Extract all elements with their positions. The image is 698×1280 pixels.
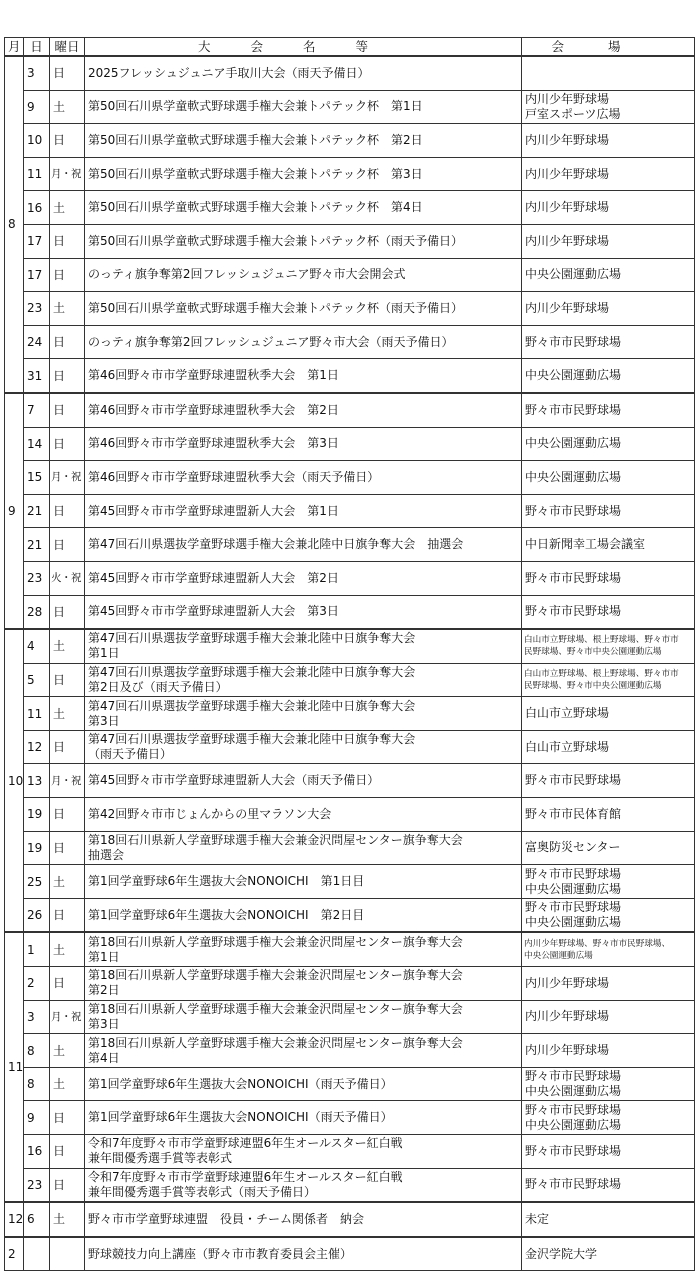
venue-cell: 未定 — [522, 1202, 695, 1237]
day-cell: 11 — [24, 697, 50, 731]
month-cell: 11 — [5, 932, 24, 1202]
table-row: 11土第47回石川県選抜学童野球選手権大会兼北陸中日旗争奪大会第3日白山市立野球… — [5, 697, 695, 731]
venue-cell: 白山市立野球場 — [522, 730, 695, 764]
day-cell: 3 — [24, 56, 50, 90]
column-header-event-name: 大会名等 — [85, 38, 522, 57]
weekday-cell: 日 — [50, 595, 85, 629]
event-name-line: 第47回石川県選抜学童野球選手権大会兼北陸中日旗争奪大会 — [88, 631, 518, 646]
event-name-line: 第50回石川県学童軟式野球選手権大会兼トパテック杯 第1日 — [88, 99, 518, 114]
event-name-cell: 第18回石川県新人学童野球選手権大会兼金沢問屋センター旗争奪大会第2日 — [85, 967, 522, 1001]
day-cell: 9 — [24, 90, 50, 124]
event-name-line: 第1回学童野球6年生選抜大会NONOICHI 第2日目 — [88, 908, 518, 923]
event-name-line: 第2日及び（雨天予備日） — [88, 680, 518, 695]
event-name-cell: 2025フレッシュジュニア手取川大会（雨天予備日） — [85, 56, 522, 90]
venue-cell: 中央公園運動広場 — [522, 359, 695, 393]
table-row: 83日2025フレッシュジュニア手取川大会（雨天予備日） — [5, 56, 695, 90]
event-name-cell: 第47回石川県選抜学童野球選手権大会兼北陸中日旗争奪大会第3日 — [85, 697, 522, 731]
event-name-cell: 野球競技力向上講座（野々市市教育委員会主催） — [85, 1237, 522, 1271]
event-name-line: 第1日 — [88, 950, 518, 965]
day-cell: 26 — [24, 898, 50, 932]
event-name-cell: 第50回石川県学童軟式野球選手権大会兼トパテック杯 第2日 — [85, 124, 522, 158]
event-name-line: 第4日 — [88, 1051, 518, 1066]
day-cell: 23 — [24, 1168, 50, 1202]
event-name-line: 第50回石川県学童軟式野球選手権大会兼トパテック杯（雨天予備日） — [88, 234, 518, 249]
event-name-line: 第2日 — [88, 983, 518, 998]
venue-cell: 中央公園運動広場 — [522, 427, 695, 461]
venue-line: 野々市市民野球場 — [525, 1103, 691, 1118]
venue-line: 内川少年野球場 — [525, 301, 691, 316]
table-row: 104土第47回石川県選抜学童野球選手権大会兼北陸中日旗争奪大会第1日白山市立野… — [5, 629, 695, 663]
day-cell: 16 — [24, 1135, 50, 1169]
table-row: 26日第1回学童野球6年生選抜大会NONOICHI 第2日目野々市市民野球場中央… — [5, 898, 695, 932]
venue-line: 中央公園運動広場 — [525, 915, 691, 930]
venue-line: 野々市市民野球場 — [525, 1069, 691, 1084]
event-name-line: 第1回学童野球6年生選抜大会NONOICHI（雨天予備日） — [88, 1110, 518, 1125]
table-row: 2野球競技力向上講座（野々市市教育委員会主催）金沢学院大学 — [5, 1237, 695, 1271]
table-row: 31日第46回野々市市学童野球連盟秋季大会 第1日中央公園運動広場 — [5, 359, 695, 393]
event-name-line: 令和7年度野々市市学童野球連盟6年生オールスター紅白戦 — [88, 1136, 518, 1151]
event-name-cell: 第1回学童野球6年生選抜大会NONOICHI 第2日目 — [85, 898, 522, 932]
event-name-line: 第1回学童野球6年生選抜大会NONOICHI（雨天予備日） — [88, 1077, 518, 1092]
day-cell: 17 — [24, 258, 50, 292]
schedule-body: 83日2025フレッシュジュニア手取川大会（雨天予備日）9土第50回石川県学童軟… — [5, 56, 695, 1271]
day-cell: 17 — [24, 224, 50, 258]
venue-cell: 内川少年野球場 — [522, 1034, 695, 1068]
month-cell: 10 — [5, 629, 24, 932]
venue-line: 金沢学院大学 — [525, 1247, 691, 1262]
day-cell: 8 — [24, 1067, 50, 1101]
day-cell: 21 — [24, 494, 50, 528]
venue-line: 中央公園運動広場 — [525, 1084, 691, 1099]
weekday-cell: 日 — [50, 258, 85, 292]
weekday-cell: 日 — [50, 798, 85, 832]
weekday-cell: 土 — [50, 191, 85, 225]
venue-line: 中央公園運動広場 — [525, 1118, 691, 1133]
column-header-weekday: 曜日 — [50, 38, 85, 57]
event-name-line: 第3日 — [88, 1017, 518, 1032]
venue-line: 野々市市民野球場 — [525, 604, 691, 619]
venue-cell: 内川少年野球場、野々市市民野球場、中央公園運動広場 — [522, 932, 695, 966]
venue-line: 内川少年野球場 — [525, 133, 691, 148]
day-cell: 31 — [24, 359, 50, 393]
column-header-day: 日 — [24, 38, 50, 57]
day-cell: 21 — [24, 528, 50, 562]
day-cell: 25 — [24, 865, 50, 899]
day-cell: 9 — [24, 1101, 50, 1135]
weekday-cell: 日 — [50, 528, 85, 562]
table-row: 23土第50回石川県学童軟式野球選手権大会兼トパテック杯（雨天予備日）内川少年野… — [5, 292, 695, 326]
event-name-line: 第50回石川県学童軟式野球選手権大会兼トパテック杯 第2日 — [88, 133, 518, 148]
weekday-cell: 日 — [50, 325, 85, 359]
venue-line: 中央公園運動広場 — [525, 436, 691, 451]
weekday-cell: 日 — [50, 224, 85, 258]
weekday-cell: 日 — [50, 494, 85, 528]
table-row: 24日のっティ旗争奪第2回フレッシュジュニア野々市大会（雨天予備日）野々市市民野… — [5, 325, 695, 359]
event-name-line: 第1日 — [88, 646, 518, 661]
table-row: 15月・祝第46回野々市市学童野球連盟秋季大会（雨天予備日）中央公園運動広場 — [5, 461, 695, 495]
event-name-cell: 第50回石川県学童軟式野球選手権大会兼トパテック杯 第3日 — [85, 157, 522, 191]
weekday-cell: 日 — [50, 898, 85, 932]
venue-cell: 白山市立野球場、根上野球場、野々市市民野球場、野々市中央公園運動広場 — [522, 663, 695, 697]
event-name-cell: 野々市市学童野球連盟 役員・チーム関係者 納会 — [85, 1202, 522, 1237]
venue-line: 民野球場、野々市中央公園運動広場 — [524, 646, 692, 658]
weekday-cell: 日 — [50, 124, 85, 158]
event-name-cell: 第18回石川県新人学童野球選手権大会兼金沢問屋センター旗争奪大会第4日 — [85, 1034, 522, 1068]
venue-line: 野々市市民野球場 — [525, 504, 691, 519]
month-cell: 2 — [5, 1237, 24, 1271]
venue-cell: 内川少年野球場 — [522, 157, 695, 191]
event-name-line: 兼年間優秀選手賞等表彰式 — [88, 1151, 518, 1166]
venue-cell — [522, 56, 695, 90]
event-name-cell: 第42回野々市市じょんからの里マラソン大会 — [85, 798, 522, 832]
table-row: 111土第18回石川県新人学童野球選手権大会兼金沢問屋センター旗争奪大会第1日内… — [5, 932, 695, 966]
venue-cell: 野々市市民野球場 — [522, 561, 695, 595]
table-row: 9土第50回石川県学童軟式野球選手権大会兼トパテック杯 第1日内川少年野球場戸室… — [5, 90, 695, 124]
venue-line: 中央公園運動広場 — [525, 882, 691, 897]
month-cell: 9 — [5, 393, 24, 629]
venue-line: 野々市市民野球場 — [525, 335, 691, 350]
venue-cell: 野々市市民野球場 — [522, 1135, 695, 1169]
table-row: 10日第50回石川県学童軟式野球選手権大会兼トパテック杯 第2日内川少年野球場 — [5, 124, 695, 158]
venue-line: 白山市立野球場、根上野球場、野々市市 — [524, 634, 692, 646]
venue-cell: 内川少年野球場 — [522, 224, 695, 258]
venue-line: 白山市立野球場、根上野球場、野々市市 — [524, 668, 692, 680]
venue-cell: 野々市市民野球場 — [522, 595, 695, 629]
event-name-cell: 第45回野々市市学童野球連盟新人大会 第1日 — [85, 494, 522, 528]
venue-cell: 内川少年野球場 — [522, 1000, 695, 1034]
event-name-cell: 第1回学童野球6年生選抜大会NONOICHI 第1日目 — [85, 865, 522, 899]
month-cell: 12 — [5, 1202, 24, 1237]
event-name-cell: 第18回石川県新人学童野球選手権大会兼金沢問屋センター旗争奪大会第3日 — [85, 1000, 522, 1034]
weekday-cell: 日 — [50, 730, 85, 764]
event-name-line: 第18回石川県新人学童野球選手権大会兼金沢問屋センター旗争奪大会 — [88, 1002, 518, 1017]
venue-cell: 内川少年野球場 — [522, 292, 695, 326]
event-name-cell: 第18回石川県新人学童野球選手権大会兼金沢問屋センター旗争奪大会第1日 — [85, 932, 522, 966]
venue-line: 内川少年野球場 — [525, 234, 691, 249]
venue-line: 内川少年野球場 — [525, 1009, 691, 1024]
venue-line: 中央公園運動広場 — [525, 368, 691, 383]
venue-cell: 内川少年野球場 — [522, 124, 695, 158]
venue-line: 中央公園運動広場 — [524, 950, 692, 962]
table-row: 13月・祝第45回野々市市学童野球連盟新人大会（雨天予備日）野々市市民野球場 — [5, 764, 695, 798]
weekday-cell: 日 — [50, 427, 85, 461]
event-name-line: 第18回石川県新人学童野球選手権大会兼金沢問屋センター旗争奪大会 — [88, 968, 518, 983]
venue-cell: 野々市市民野球場 — [522, 764, 695, 798]
weekday-cell: 土 — [50, 1202, 85, 1237]
table-row: 16土第50回石川県学童軟式野球選手権大会兼トパテック杯 第4日内川少年野球場 — [5, 191, 695, 225]
schedule-table: 月 日 曜日 大会名等 会場 83日2025フレッシュジュニア手取川大会（雨天予… — [4, 37, 695, 1271]
venue-cell: 中央公園運動広場 — [522, 461, 695, 495]
event-name-cell: 第46回野々市市学童野球連盟秋季大会 第1日 — [85, 359, 522, 393]
day-cell — [24, 1237, 50, 1271]
event-name-cell: 第45回野々市市学童野球連盟新人大会 第2日 — [85, 561, 522, 595]
weekday-cell: 日 — [50, 663, 85, 697]
table-row: 5日第47回石川県選抜学童野球選手権大会兼北陸中日旗争奪大会第2日及び（雨天予備… — [5, 663, 695, 697]
day-cell: 11 — [24, 157, 50, 191]
column-header-venue: 会場 — [522, 38, 695, 57]
weekday-cell: 日 — [50, 1135, 85, 1169]
table-row: 12日第47回石川県選抜学童野球選手権大会兼北陸中日旗争奪大会（雨天予備日）白山… — [5, 730, 695, 764]
day-cell: 23 — [24, 561, 50, 595]
venue-cell: 白山市立野球場、根上野球場、野々市市民野球場、野々市中央公園運動広場 — [522, 629, 695, 663]
event-name-line: 第47回石川県選抜学童野球選手権大会兼北陸中日旗争奪大会 — [88, 665, 518, 680]
venue-line: 内川少年野球場 — [525, 200, 691, 215]
venue-cell: 富奥防災センター — [522, 831, 695, 865]
table-row: 25土第1回学童野球6年生選抜大会NONOICHI 第1日目野々市市民野球場中央… — [5, 865, 695, 899]
weekday-cell: 土 — [50, 1067, 85, 1101]
event-name-line: 第18回石川県新人学童野球選手権大会兼金沢問屋センター旗争奪大会 — [88, 935, 518, 950]
event-name-line: 2025フレッシュジュニア手取川大会（雨天予備日） — [88, 66, 518, 81]
table-row: 3月・祝第18回石川県新人学童野球選手権大会兼金沢問屋センター旗争奪大会第3日内… — [5, 1000, 695, 1034]
day-cell: 10 — [24, 124, 50, 158]
day-cell: 19 — [24, 831, 50, 865]
venue-line: 白山市立野球場 — [525, 740, 691, 755]
event-name-line: 第47回石川県選抜学童野球選手権大会兼北陸中日旗争奪大会 — [88, 699, 518, 714]
event-name-line: 第45回野々市市学童野球連盟新人大会 第1日 — [88, 504, 518, 519]
weekday-cell: 土 — [50, 697, 85, 731]
table-header-row: 月 日 曜日 大会名等 会場 — [5, 38, 695, 57]
venue-cell: 野々市市民野球場 — [522, 494, 695, 528]
event-name-cell: 第46回野々市市学童野球連盟秋季大会（雨天予備日） — [85, 461, 522, 495]
venue-cell: 野々市市民野球場 — [522, 1168, 695, 1202]
venue-cell: 中日新聞幸工場会議室 — [522, 528, 695, 562]
weekday-cell: 土 — [50, 629, 85, 663]
venue-line: 野々市市民野球場 — [525, 867, 691, 882]
venue-cell: 野々市市民体育館 — [522, 798, 695, 832]
event-name-cell: 第46回野々市市学童野球連盟秋季大会 第3日 — [85, 427, 522, 461]
weekday-cell: 土 — [50, 1034, 85, 1068]
table-row: 19日第18回石川県新人学童野球選手権大会兼金沢問屋センター旗争奪大会抽選会富奥… — [5, 831, 695, 865]
event-name-cell: 第45回野々市市学童野球連盟新人大会（雨天予備日） — [85, 764, 522, 798]
event-name-line: 第42回野々市市じょんからの里マラソン大会 — [88, 807, 518, 822]
day-cell: 3 — [24, 1000, 50, 1034]
venue-cell: 内川少年野球場戸室スポーツ広場 — [522, 90, 695, 124]
weekday-cell: 土 — [50, 932, 85, 966]
venue-cell: 野々市市民野球場中央公園運動広場 — [522, 1101, 695, 1135]
venue-cell: 野々市市民野球場 — [522, 325, 695, 359]
table-row: 28日第45回野々市市学童野球連盟新人大会 第3日野々市市民野球場 — [5, 595, 695, 629]
event-name-cell: 第18回石川県新人学童野球選手権大会兼金沢問屋センター旗争奪大会抽選会 — [85, 831, 522, 865]
venue-line: 内川少年野球場 — [525, 92, 691, 107]
event-name-line: 第46回野々市市学童野球連盟秋季大会 第2日 — [88, 403, 518, 418]
weekday-cell: 月・祝 — [50, 764, 85, 798]
venue-line: 内川少年野球場 — [525, 976, 691, 991]
event-name-cell: 第50回石川県学童軟式野球選手権大会兼トパテック杯（雨天予備日） — [85, 292, 522, 326]
table-row: 21日第45回野々市市学童野球連盟新人大会 第1日野々市市民野球場 — [5, 494, 695, 528]
venue-cell: 金沢学院大学 — [522, 1237, 695, 1271]
table-row: 8土第18回石川県新人学童野球選手権大会兼金沢問屋センター旗争奪大会第4日内川少… — [5, 1034, 695, 1068]
day-cell: 15 — [24, 461, 50, 495]
venue-cell: 野々市市民野球場中央公園運動広場 — [522, 1067, 695, 1101]
table-row: 97日第46回野々市市学童野球連盟秋季大会 第2日野々市市民野球場 — [5, 393, 695, 427]
venue-line: 野々市市民野球場 — [525, 571, 691, 586]
event-name-line: 令和7年度野々市市学童野球連盟6年生オールスター紅白戦 — [88, 1170, 518, 1185]
weekday-cell: 月・祝 — [50, 1000, 85, 1034]
weekday-cell: 日 — [50, 359, 85, 393]
event-name-cell: 第1回学童野球6年生選抜大会NONOICHI（雨天予備日） — [85, 1101, 522, 1135]
venue-line: 内川少年野球場 — [525, 1043, 691, 1058]
day-cell: 14 — [24, 427, 50, 461]
table-row: 17日のっティ旗争奪第2回フレッシュジュニア野々市大会開会式中央公園運動広場 — [5, 258, 695, 292]
day-cell: 8 — [24, 1034, 50, 1068]
day-cell: 24 — [24, 325, 50, 359]
weekday-cell: 月・祝 — [50, 461, 85, 495]
venue-cell: 野々市市民野球場中央公園運動広場 — [522, 865, 695, 899]
event-name-line: のっティ旗争奪第2回フレッシュジュニア野々市大会（雨天予備日） — [88, 335, 518, 350]
venue-line: 白山市立野球場 — [525, 706, 691, 721]
event-name-cell: 第45回野々市市学童野球連盟新人大会 第3日 — [85, 595, 522, 629]
venue-cell: 白山市立野球場 — [522, 697, 695, 731]
event-name-line: 第50回石川県学童軟式野球選手権大会兼トパテック杯（雨天予備日） — [88, 301, 518, 316]
venue-cell: 野々市市民野球場 — [522, 393, 695, 427]
venue-line: 野々市市民野球場 — [525, 1177, 691, 1192]
table-row: 16日令和7年度野々市市学童野球連盟6年生オールスター紅白戦兼年間優秀選手賞等表… — [5, 1135, 695, 1169]
table-row: 126土野々市市学童野球連盟 役員・チーム関係者 納会未定 — [5, 1202, 695, 1237]
day-cell: 6 — [24, 1202, 50, 1237]
weekday-cell: 日 — [50, 393, 85, 427]
table-row: 17日第50回石川県学童軟式野球選手権大会兼トパテック杯（雨天予備日）内川少年野… — [5, 224, 695, 258]
event-name-line: 兼年間優秀選手賞等表彰式（雨天予備日） — [88, 1185, 518, 1200]
event-name-line: 第45回野々市市学童野球連盟新人大会 第3日 — [88, 604, 518, 619]
venue-cell: 中央公園運動広場 — [522, 258, 695, 292]
event-name-line: 第18回石川県新人学童野球選手権大会兼金沢問屋センター旗争奪大会 — [88, 1036, 518, 1051]
event-name-cell: 令和7年度野々市市学童野球連盟6年生オールスター紅白戦兼年間優秀選手賞等表彰式 — [85, 1135, 522, 1169]
event-name-cell: 第50回石川県学童軟式野球選手権大会兼トパテック杯 第1日 — [85, 90, 522, 124]
weekday-cell: 日 — [50, 967, 85, 1001]
event-name-cell: 第50回石川県学童軟式野球選手権大会兼トパテック杯（雨天予備日） — [85, 224, 522, 258]
venue-line: 野々市市民野球場 — [525, 1144, 691, 1159]
event-name-line: 第50回石川県学童軟式野球選手権大会兼トパテック杯 第3日 — [88, 167, 518, 182]
event-name-cell: 令和7年度野々市市学童野球連盟6年生オールスター紅白戦兼年間優秀選手賞等表彰式（… — [85, 1168, 522, 1202]
venue-line: 中日新聞幸工場会議室 — [525, 537, 691, 552]
venue-line: 内川少年野球場、野々市市民野球場、 — [524, 938, 692, 950]
venue-line: 中央公園運動広場 — [525, 267, 691, 282]
weekday-cell: 土 — [50, 292, 85, 326]
event-name-cell: のっティ旗争奪第2回フレッシュジュニア野々市大会（雨天予備日） — [85, 325, 522, 359]
weekday-cell: 火・祝 — [50, 561, 85, 595]
venue-cell: 内川少年野球場 — [522, 191, 695, 225]
event-name-cell: 第46回野々市市学童野球連盟秋季大会 第2日 — [85, 393, 522, 427]
event-name-line: 野球競技力向上講座（野々市市教育委員会主催） — [88, 1247, 518, 1262]
venue-line: 戸室スポーツ広場 — [525, 107, 691, 122]
weekday-cell — [50, 1237, 85, 1271]
event-name-cell: 第47回石川県選抜学童野球選手権大会兼北陸中日旗争奪大会第1日 — [85, 629, 522, 663]
event-name-cell: 第47回石川県選抜学童野球選手権大会兼北陸中日旗争奪大会 抽選会 — [85, 528, 522, 562]
weekday-cell: 日 — [50, 1168, 85, 1202]
table-row: 14日第46回野々市市学童野球連盟秋季大会 第3日中央公園運動広場 — [5, 427, 695, 461]
venue-line: 内川少年野球場 — [525, 167, 691, 182]
event-name-cell: 第50回石川県学童軟式野球選手権大会兼トパテック杯 第4日 — [85, 191, 522, 225]
event-name-cell: 第47回石川県選抜学童野球選手権大会兼北陸中日旗争奪大会（雨天予備日） — [85, 730, 522, 764]
table-row: 23日令和7年度野々市市学童野球連盟6年生オールスター紅白戦兼年間優秀選手賞等表… — [5, 1168, 695, 1202]
event-name-line: 第45回野々市市学童野球連盟新人大会 第2日 — [88, 571, 518, 586]
event-name-line: 第46回野々市市学童野球連盟秋季大会 第1日 — [88, 368, 518, 383]
venue-line: 未定 — [525, 1212, 691, 1227]
table-row: 11月・祝第50回石川県学童軟式野球選手権大会兼トパテック杯 第3日内川少年野球… — [5, 157, 695, 191]
event-name-line: のっティ旗争奪第2回フレッシュジュニア野々市大会開会式 — [88, 267, 518, 282]
venue-line: 野々市市民野球場 — [525, 773, 691, 788]
day-cell: 19 — [24, 798, 50, 832]
event-name-line: 第45回野々市市学童野球連盟新人大会（雨天予備日） — [88, 773, 518, 788]
day-cell: 12 — [24, 730, 50, 764]
venue-line: 野々市市民野球場 — [525, 403, 691, 418]
venue-line: 中央公園運動広場 — [525, 470, 691, 485]
weekday-cell: 土 — [50, 90, 85, 124]
weekday-cell: 土 — [50, 865, 85, 899]
event-name-line: 第3日 — [88, 714, 518, 729]
event-name-line: 第47回石川県選抜学童野球選手権大会兼北陸中日旗争奪大会 抽選会 — [88, 537, 518, 552]
weekday-cell: 日 — [50, 1101, 85, 1135]
event-name-line: 抽選会 — [88, 848, 518, 863]
event-name-line: 第46回野々市市学童野球連盟秋季大会（雨天予備日） — [88, 470, 518, 485]
event-name-line: 第18回石川県新人学童野球選手権大会兼金沢問屋センター旗争奪大会 — [88, 833, 518, 848]
day-cell: 23 — [24, 292, 50, 326]
event-name-cell: 第1回学童野球6年生選抜大会NONOICHI（雨天予備日） — [85, 1067, 522, 1101]
day-cell: 2 — [24, 967, 50, 1001]
day-cell: 1 — [24, 932, 50, 966]
event-name-line: 野々市市学童野球連盟 役員・チーム関係者 納会 — [88, 1212, 518, 1227]
venue-line: 野々市市民野球場 — [525, 900, 691, 915]
column-header-month: 月 — [5, 38, 24, 57]
venue-line: 富奥防災センター — [525, 840, 691, 855]
table-row: 2日第18回石川県新人学童野球選手権大会兼金沢問屋センター旗争奪大会第2日内川少… — [5, 967, 695, 1001]
day-cell: 16 — [24, 191, 50, 225]
table-row: 21日第47回石川県選抜学童野球選手権大会兼北陸中日旗争奪大会 抽選会中日新聞幸… — [5, 528, 695, 562]
venue-cell: 野々市市民野球場中央公園運動広場 — [522, 898, 695, 932]
table-row: 9日第1回学童野球6年生選抜大会NONOICHI（雨天予備日）野々市市民野球場中… — [5, 1101, 695, 1135]
day-cell: 28 — [24, 595, 50, 629]
event-name-line: 第47回石川県選抜学童野球選手権大会兼北陸中日旗争奪大会 — [88, 732, 518, 747]
table-row: 23火・祝第45回野々市市学童野球連盟新人大会 第2日野々市市民野球場 — [5, 561, 695, 595]
event-name-cell: のっティ旗争奪第2回フレッシュジュニア野々市大会開会式 — [85, 258, 522, 292]
day-cell: 4 — [24, 629, 50, 663]
table-row: 8土第1回学童野球6年生選抜大会NONOICHI（雨天予備日）野々市市民野球場中… — [5, 1067, 695, 1101]
weekday-cell: 日 — [50, 56, 85, 90]
event-name-cell: 第47回石川県選抜学童野球選手権大会兼北陸中日旗争奪大会第2日及び（雨天予備日） — [85, 663, 522, 697]
weekday-cell: 日 — [50, 831, 85, 865]
event-name-line: 第46回野々市市学童野球連盟秋季大会 第3日 — [88, 436, 518, 451]
weekday-cell: 月・祝 — [50, 157, 85, 191]
event-name-line: 第50回石川県学童軟式野球選手権大会兼トパテック杯 第4日 — [88, 200, 518, 215]
venue-line: 民野球場、野々市中央公園運動広場 — [524, 680, 692, 692]
event-name-line: （雨天予備日） — [88, 747, 518, 762]
day-cell: 13 — [24, 764, 50, 798]
day-cell: 5 — [24, 663, 50, 697]
venue-cell: 内川少年野球場 — [522, 967, 695, 1001]
table-row: 19日第42回野々市市じょんからの里マラソン大会野々市市民体育館 — [5, 798, 695, 832]
month-cell: 8 — [5, 56, 24, 393]
day-cell: 7 — [24, 393, 50, 427]
event-name-line: 第1回学童野球6年生選抜大会NONOICHI 第1日目 — [88, 874, 518, 889]
venue-line: 野々市市民体育館 — [525, 807, 691, 822]
